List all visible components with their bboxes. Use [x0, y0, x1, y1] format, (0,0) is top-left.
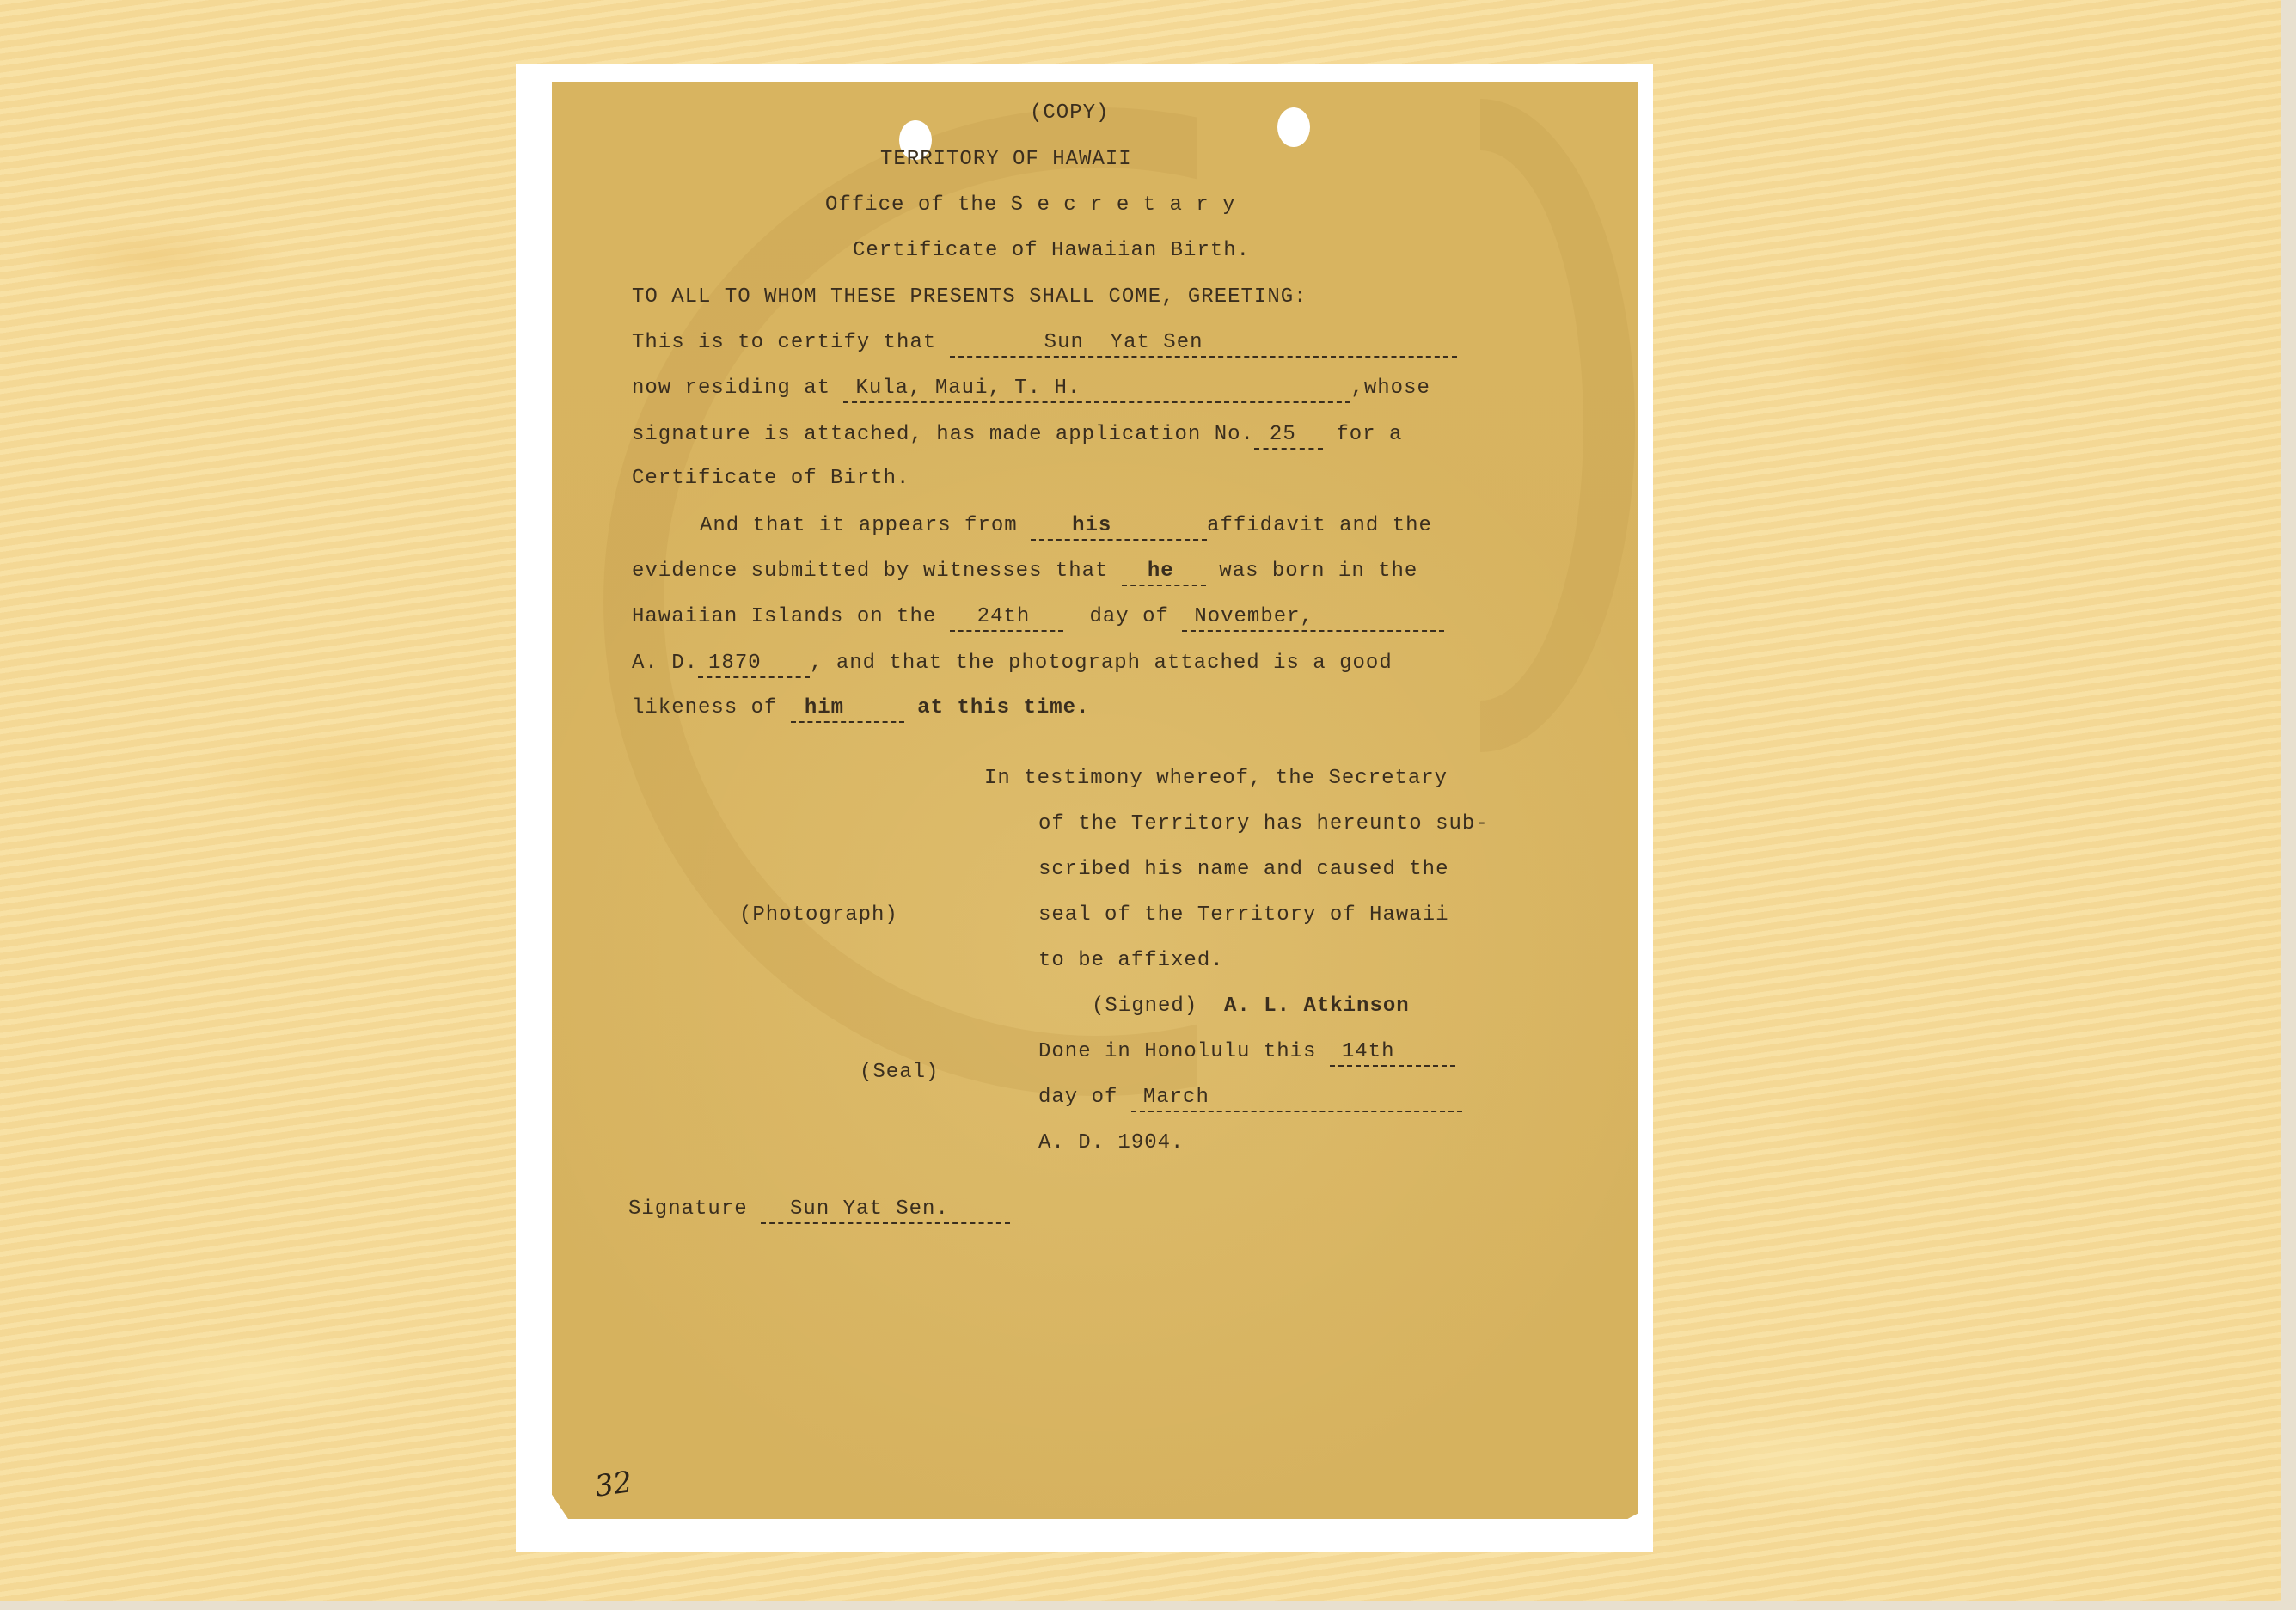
signature-line: Signature Sun Yat Sen. [628, 1197, 1010, 1224]
application-prefix: signature is attached, has made applicat… [632, 423, 1254, 446]
issue-month-field: March [1131, 1085, 1462, 1112]
office-heading: Office of the S e c r e t a r y [825, 193, 1235, 218]
certificate-title: Certificate of Hawaiian Birth. [853, 238, 1250, 264]
done-prefix: Done in Honolulu this [1038, 1040, 1316, 1063]
possessive-pronoun-field: his [1031, 513, 1207, 541]
certify-prefix: This is to certify that [632, 331, 936, 354]
issue-day-of-label: day of [1038, 1086, 1117, 1109]
ad-prefix: A. D. [632, 652, 698, 675]
testimony-line-2: of the Territory has hereunto sub- [1038, 811, 1489, 837]
likeness-suffix: at this time. [917, 696, 1089, 719]
birth-certificate-page: (COPY) TERRITORY OF HAWAII Office of the… [552, 82, 1638, 1519]
signed-line: (Signed) A. L. Atkinson [1092, 994, 1410, 1019]
certificate-of-birth-line: Certificate of Birth. [632, 466, 909, 492]
right-border-strip [2281, 0, 2296, 1610]
bottom-border-strip [0, 1601, 2296, 1610]
evidence-prefix: evidence submitted by witnesses that [632, 560, 1108, 583]
document-frame: (COPY) TERRITORY OF HAWAII Office of the… [516, 64, 1653, 1552]
application-line: signature is attached, has made applicat… [632, 422, 1402, 450]
greeting-line: TO ALL TO WHOM THESE PRESENTS SHALL COME… [632, 285, 1307, 310]
residence-field: Kula, Maui, T. H. [843, 376, 1350, 403]
issue-year-line: A. D. 1904. [1038, 1130, 1184, 1156]
islands-prefix: Hawaiian Islands on the [632, 605, 936, 628]
birth-year-line: A. D.1870, and that the photograph attac… [632, 651, 1393, 678]
likeness-line: likeness of him at this time. [632, 695, 1089, 723]
signature-field: Sun Yat Sen. [761, 1197, 1010, 1224]
copy-label: (COPY) [1030, 101, 1109, 126]
subject-pronoun-field: he [1122, 559, 1206, 586]
testimony-line-3: scribed his name and caused the [1038, 857, 1448, 883]
testimony-line-5: to be affixed. [1038, 948, 1224, 974]
residing-prefix: now residing at [632, 376, 830, 400]
residence-line: now residing at Kula, Maui, T. H.,whose [632, 376, 1430, 403]
signed-label: (Signed) [1092, 995, 1197, 1018]
signatory-name: A. L. Atkinson [1224, 995, 1410, 1018]
appears-suffix: affidavit and the [1207, 514, 1432, 537]
certify-line: This is to certify that Sun Yat Sen [632, 330, 1457, 358]
affidavit-line: And that it appears from hisaffidavit an… [700, 513, 1432, 541]
object-pronoun-field: him [791, 695, 904, 723]
testimony-line-1: In testimony whereof, the Secretary [984, 766, 1448, 792]
photograph-placeholder: (Photograph) [739, 903, 898, 928]
evidence-line: evidence submitted by witnesses that he … [632, 559, 1417, 586]
issue-day-field: 14th [1330, 1039, 1455, 1067]
birth-year-field: 1870 [698, 651, 810, 678]
page-number: 32 [592, 1465, 634, 1504]
done-line: Done in Honolulu this 14th [1038, 1039, 1455, 1067]
birth-month-field: November, [1182, 604, 1444, 632]
photo-clause: , and that the photograph attached is a … [810, 652, 1393, 675]
testimony-line-4: seal of the Territory of Hawaii [1038, 903, 1448, 928]
birth-date-line: Hawaiian Islands on the 24th day of Nove… [632, 604, 1444, 632]
likeness-prefix: likeness of [632, 696, 777, 719]
birth-day-field: 24th [950, 604, 1063, 632]
punch-hole-right [1277, 107, 1310, 147]
seal-placeholder: (Seal) [860, 1060, 939, 1086]
evidence-suffix: was born in the [1219, 560, 1417, 583]
name-field: Sun Yat Sen [950, 330, 1457, 358]
application-number-field: 25 [1254, 422, 1323, 450]
appears-prefix: And that it appears from [700, 514, 1018, 537]
application-suffix: for a [1336, 423, 1402, 446]
residing-suffix: ,whose [1350, 376, 1430, 400]
territory-heading: TERRITORY OF HAWAII [880, 147, 1132, 173]
day-of-label: day of [1089, 605, 1168, 628]
signature-label: Signature [628, 1197, 748, 1221]
issue-month-line: day of March [1038, 1085, 1462, 1112]
